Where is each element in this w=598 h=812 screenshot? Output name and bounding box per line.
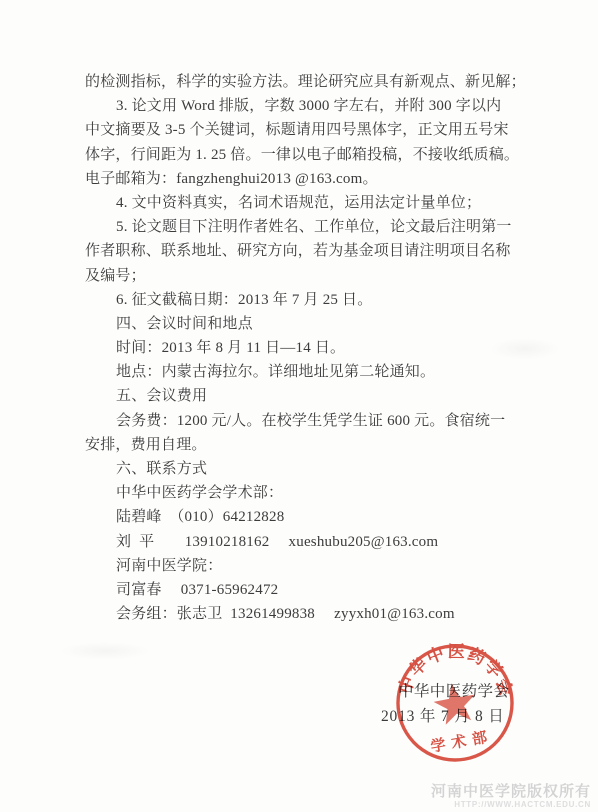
text-line: 体字，行间距为 1. 25 倍。一律以电子邮箱投稿，不接收纸质稿。 [85,143,545,167]
text-line: 中华中医药学会学术部： [85,481,545,505]
document-body: 的检测指标，科学的实验方法。理论研究应具有新观点、新见解；3. 论文用 Word… [85,70,545,626]
text-line: 时间：2013 年 8 月 11 日—14 日。 [85,336,545,360]
text-line: 3. 论文用 Word 排版，字数 3000 字左右，并附 300 字以内 [85,94,545,118]
scanned-document-page: 的检测指标，科学的实验方法。理论研究应具有新观点、新见解；3. 论文用 Word… [0,0,598,812]
text-line: 刘 平 13910218162 xueshubu205@163.com [85,530,545,554]
text-line: 及编号； [85,264,545,288]
text-line: 地点：内蒙古海拉尔。详细地址见第二轮通知。 [85,360,545,384]
text-line: 的检测指标，科学的实验方法。理论研究应具有新观点、新见解； [85,70,545,94]
text-line: 河南中医学院： [85,554,545,578]
copyright-watermark: 河南中医学院版权所有 HTTP://WWW.HACTCM.EDU.CN [431,784,591,810]
scan-smudge [60,642,150,660]
star-icon [431,680,479,726]
text-line: 5. 论文题目下注明作者姓名、工作单位，论文最后注明第一 [85,215,545,239]
text-line: 6. 征文截稿日期：2013 年 7 月 25 日。 [85,288,545,312]
text-line: 会务组：张志卫 13261499838 zyyxh01@163.com [85,602,545,626]
watermark-url: HTTP://WWW.HACTCM.EDU.CN [431,800,591,810]
text-line: 电子邮箱为：fangzhenghui2013 @163.com。 [85,167,545,191]
text-line: 五、会议费用 [85,384,545,408]
text-line: 陆碧峰 （010）64212828 [85,505,545,529]
text-line: 中文摘要及 3-5 个关键词，标题请用四号黑体字，正文用五号宋 [85,118,545,142]
text-line: 六、联系方式 [85,457,545,481]
text-line: 四、会议时间和地点 [85,312,545,336]
watermark-text: 河南中医学院版权所有 [431,784,591,800]
text-line: 会务费：1200 元/人。在校学生凭学生证 600 元。食宿统一 [85,409,545,433]
text-line: 安排，费用自理。 [85,433,545,457]
text-line: 司富春 0371-65962472 [85,578,545,602]
text-line: 作者职称、联系地址、研究方向，若为基金项目请注明项目名称 [85,239,545,263]
official-seal-stamp: 中华中医药学会 学术部 [393,641,517,765]
text-line: 4. 文中资料真实，名词术语规范，运用法定计量单位； [85,191,545,215]
